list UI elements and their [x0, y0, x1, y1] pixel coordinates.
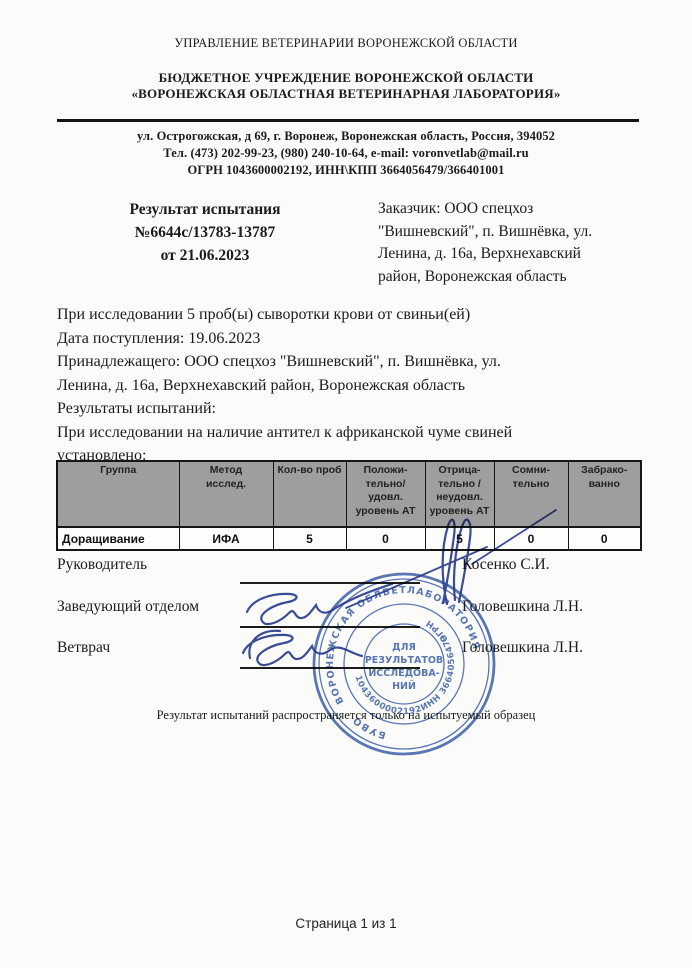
vet-signature [243, 631, 362, 665]
table-header-row: Группа Метод исслед. Кол-во проб Положи-… [57, 461, 641, 527]
org-contacts: Тел. (473) 202-99-23, (980) 240-10-64, e… [0, 146, 692, 161]
column-header-positive: Положи- тельно/ удовл. уровень АТ [346, 461, 425, 527]
body-line: Ленина, д. 16а, Верхнехавский район, Вор… [57, 374, 657, 398]
results-table: Группа Метод исслед. Кол-во проб Положи-… [56, 460, 642, 551]
stamp-ogrn-label-text: ОГРН [424, 617, 450, 643]
stamp-center-line: РЕЗУЛЬТАТОВ [365, 655, 443, 666]
cell-rejected: 0 [568, 527, 641, 550]
stamp-center-line: ДЛЯ [392, 642, 416, 653]
cell-doubtful: 0 [494, 527, 568, 550]
signature-line [240, 667, 420, 669]
customer-line: "Вишневский", п. Вишнёвка, ул. [378, 221, 630, 244]
org-address: ул. Острогожская, д 69, г. Воронеж, Воро… [0, 129, 692, 144]
result-date: от 21.06.2023 [85, 244, 325, 267]
stamp-inner-circle [364, 624, 444, 704]
cell-sample-count: 5 [273, 527, 346, 550]
signer-name: Косенко С.И. [462, 556, 550, 574]
column-header-group: Группа [57, 461, 179, 527]
table-row: Доращивание ИФА 5 0 5 0 0 [57, 527, 641, 550]
column-header-sample-count: Кол-во проб [273, 461, 346, 527]
customer-block: Заказчик: ООО спецхоз "Вишневский", п. В… [378, 198, 630, 288]
result-number: №6644с/13783-13787 [85, 221, 325, 244]
cell-negative: 5 [425, 527, 494, 550]
customer-line: район, Воронежская область [378, 266, 630, 289]
cell-positive: 0 [346, 527, 425, 550]
column-header-doubtful: Сомни- тельно [494, 461, 568, 527]
column-header-rejected: Забрако- ванно [568, 461, 641, 527]
dept-head-signature [247, 584, 392, 624]
stamp-org-name-text: ВОРОНЕЖСКАЯ ОБЛВЕТЛАБОРАТОРИЯ [325, 585, 482, 706]
signer-name: Головешкина Л.Н. [462, 639, 583, 657]
body-line: Дата поступления: 19.06.2023 [57, 327, 657, 351]
signer-role: Руководитель [57, 556, 147, 574]
cell-group: Доращивание [57, 527, 179, 550]
stamp-inn-text: ИНН 3664056479 [419, 632, 457, 713]
header-divider [57, 119, 639, 122]
customer-line: Заказчик: ООО спецхоз [378, 198, 630, 221]
org-registration: ОГРН 1043600002192, ИНН\КПП 3664056479/3… [0, 163, 692, 178]
signature-line [240, 582, 420, 584]
body-line: При исследовании на наличие антител к аф… [57, 421, 657, 445]
signer-name: Головешкина Л.Н. [462, 598, 583, 616]
body-text: При исследовании 5 проб(ы) сыворотки кро… [57, 303, 657, 468]
scope-note: Результат испытаний распространяется тол… [0, 708, 692, 723]
document-page: УПРАВЛЕНИЕ ВЕТЕРИНАРИИ ВОРОНЕЖСКОЙ ОБЛАС… [0, 0, 692, 968]
body-line: Результаты испытаний: [57, 397, 657, 421]
stamp-center-line: ИССЛЕДОВА- [368, 668, 439, 679]
signer-role: Заведующий отделом [57, 598, 199, 616]
result-title-block: Результат испытания №6644с/13783-13787 о… [85, 198, 325, 267]
org-name-line2: «ВОРОНЕЖСКАЯ ОБЛАСТНАЯ ВЕТЕРИНАРНАЯ ЛАБО… [0, 86, 692, 102]
column-header-method: Метод исслед. [179, 461, 273, 527]
signature-line [240, 626, 420, 628]
stamp-middle-circle [344, 604, 464, 724]
cell-method: ИФА [179, 527, 273, 550]
stamp-center-line: НИЙ [392, 680, 416, 692]
body-line: При исследовании 5 проб(ы) сыворотки кро… [57, 303, 657, 327]
result-title: Результат испытания [85, 198, 325, 221]
page-number: Страница 1 из 1 [0, 916, 692, 931]
customer-line: Ленина, д. 16а, Верхнехавский [378, 243, 630, 266]
column-header-negative: Отрица- тельно / неудовл. уровень АТ [425, 461, 494, 527]
org-name-line1: БЮДЖЕТНОЕ УЧРЕЖДЕНИЕ ВОРОНЕЖСКОЙ ОБЛАСТИ [0, 70, 692, 86]
body-line: Принадлежащего: ООО спецхоз "Вишневский"… [57, 350, 657, 374]
authority-name: УПРАВЛЕНИЕ ВЕТЕРИНАРИИ ВОРОНЕЖСКОЙ ОБЛАС… [0, 36, 692, 51]
signer-role: Ветврач [57, 639, 110, 657]
